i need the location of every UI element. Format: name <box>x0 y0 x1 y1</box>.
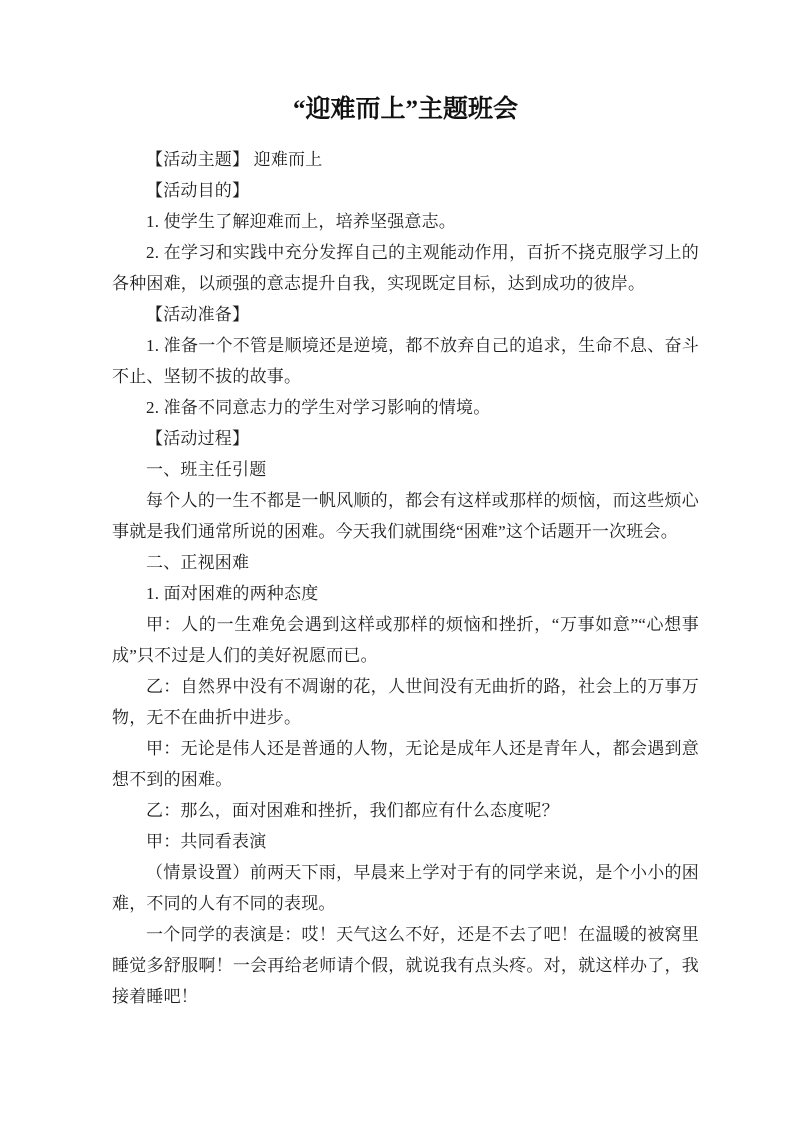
para-scenario-setup: （情景设置）前两天下雨，早晨来上学对于有的同学来说，是个小小的困难，不同的人有不… <box>112 857 699 919</box>
para-purpose-2: 2. 在学习和实践中充分发挥自己的主观能动作用，百折不挠克服学习上的各种困难，以… <box>112 237 699 299</box>
para-section-1-title: 一、班主任引题 <box>112 454 699 485</box>
para-teacher-introduction: 每个人的一生不都是一帆风顺的，都会有这样或那样的烦恼，而这些烦心事就是我们通常所… <box>112 485 699 547</box>
para-speaker-jia-3: 甲：共同看表演 <box>112 826 699 857</box>
heading-activity-preparation: 【活动准备】 <box>112 299 699 330</box>
para-two-attitudes: 1. 面对困难的两种态度 <box>112 578 699 609</box>
para-student-performance: 一个同学的表演是：哎！天气这么不好，还是不去了吧！在温暖的被窝里睡觉多舒服啊！一… <box>112 919 699 1012</box>
heading-activity-purpose: 【活动目的】 <box>112 175 699 206</box>
para-activity-theme: 【活动主题】 迎难而上 <box>112 144 699 175</box>
para-speaker-yi-2: 乙：那么，面对困难和挫折，我们都应有什么态度呢？ <box>112 795 699 826</box>
para-preparation-2: 2. 准备不同意志力的学生对学习影响的情境。 <box>112 392 699 423</box>
document-content: “迎难而上”主题班会 【活动主题】 迎难而上 【活动目的】 1. 使学生了解迎难… <box>112 90 699 1012</box>
para-speaker-jia-1: 甲：人的一生难免会遇到这样或那样的烦恼和挫折，“万事如意”“心想事成”只不过是人… <box>112 609 699 671</box>
para-purpose-1: 1. 使学生了解迎难而上，培养坚强意志。 <box>112 206 699 237</box>
para-speaker-jia-2: 甲：无论是伟人还是普通的人物，无论是成年人还是青年人，都会遇到意想不到的困难。 <box>112 733 699 795</box>
para-section-2-title: 二、正视困难 <box>112 547 699 578</box>
document-page: “迎难而上”主题班会 【活动主题】 迎难而上 【活动目的】 1. 使学生了解迎难… <box>0 0 793 1122</box>
document-title: “迎难而上”主题班会 <box>112 90 699 130</box>
heading-activity-process: 【活动过程】 <box>112 423 699 454</box>
para-speaker-yi-1: 乙：自然界中没有不凋谢的花，人世间没有无曲折的路，社会上的万事万物，无不在曲折中… <box>112 671 699 733</box>
para-preparation-1: 1. 准备一个不管是顺境还是逆境，都不放弃自己的追求，生命不息、奋斗不止、坚韧不… <box>112 330 699 392</box>
